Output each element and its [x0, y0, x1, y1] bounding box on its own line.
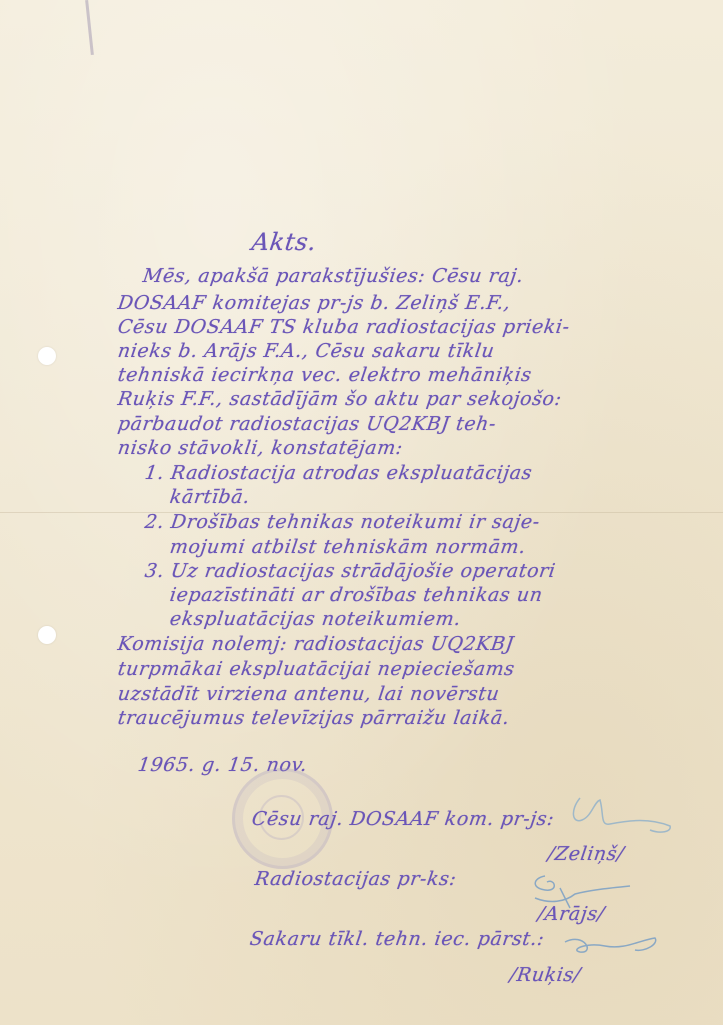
signature-role: Cēsu raj. DOSAAF kom. pr-js: — [250, 808, 555, 830]
signature-scribble — [560, 790, 680, 840]
punch-hole — [38, 626, 56, 644]
body-line: nieks b. Arājs F.A., Cēsu sakaru tīklu — [116, 340, 496, 362]
finding-text: Radiostacija atrodas ekspluatācijas — [169, 462, 533, 484]
document-page: Akts. Mēs, apakšā parakstījušies: Cēsu r… — [0, 0, 723, 1025]
finding-3-cont: iepazīstināti ar drošības tehnikas un — [168, 584, 544, 606]
finding-1-cont: kārtībā. — [168, 486, 251, 508]
body-line: nisko stāvokli, konstatējam: — [116, 437, 404, 459]
finding-3: 3. Uz radiostacijas strādājošie operator… — [143, 560, 557, 582]
document-title: Akts. — [250, 228, 318, 256]
finding-text: Drošības tehnikas noteikumi ir saje- — [169, 511, 541, 533]
body-line: Mēs, apakšā parakstījušies: Cēsu raj. — [141, 265, 525, 287]
finding-3-cont: ekspluatācijas noteikumiem. — [168, 608, 462, 630]
signature-role: Sakaru tīkl. tehn. iec. pārst.: — [248, 928, 545, 950]
finding-number: 1. — [143, 462, 165, 484]
finding-number: 3. — [143, 560, 165, 582]
decision-line: uzstādīt virziena antenu, lai novērstu — [116, 683, 500, 705]
finding-2: 2. Drošības tehnikas noteikumi ir saje- — [143, 511, 541, 533]
body-line: Cēsu DOSAAF TS kluba radiostacijas priek… — [116, 316, 571, 338]
decision-line: turpmākai ekspluatācijai nepieciešams — [116, 658, 516, 680]
signature-name: /Arājs/ — [536, 903, 606, 925]
paper-crease — [85, 0, 94, 55]
body-line: tehniskā iecirkņa vec. elektro mehāniķis — [116, 364, 533, 386]
signature-role: Radiostacijas pr-ks: — [253, 868, 458, 890]
signature-name: /Ruķis/ — [508, 964, 582, 986]
signature-name: /Zeliņš/ — [546, 843, 625, 865]
finding-1: 1. Radiostacija atrodas ekspluatācijas — [143, 462, 533, 484]
body-line: pārbaudot radiostacijas UQ2KBJ teh- — [116, 413, 497, 435]
decision-line: Komisija nolemj: radiostacijas UQ2KBJ — [116, 633, 515, 655]
decision-line: traucējumus televīzijas pārraižu laikā. — [116, 707, 511, 729]
body-line: Ruķis F.F., sastādījām šo aktu par sekoj… — [116, 388, 563, 410]
signature-scribble — [555, 928, 665, 963]
finding-2-cont: mojumi atbilst tehniskām normām. — [168, 536, 527, 558]
body-line: DOSAAF komitejas pr-js b. Zeliņš E.F., — [116, 292, 512, 314]
finding-number: 2. — [143, 511, 165, 533]
finding-text: Uz radiostacijas strādājošie operatori — [169, 560, 557, 582]
punch-hole — [38, 347, 56, 365]
